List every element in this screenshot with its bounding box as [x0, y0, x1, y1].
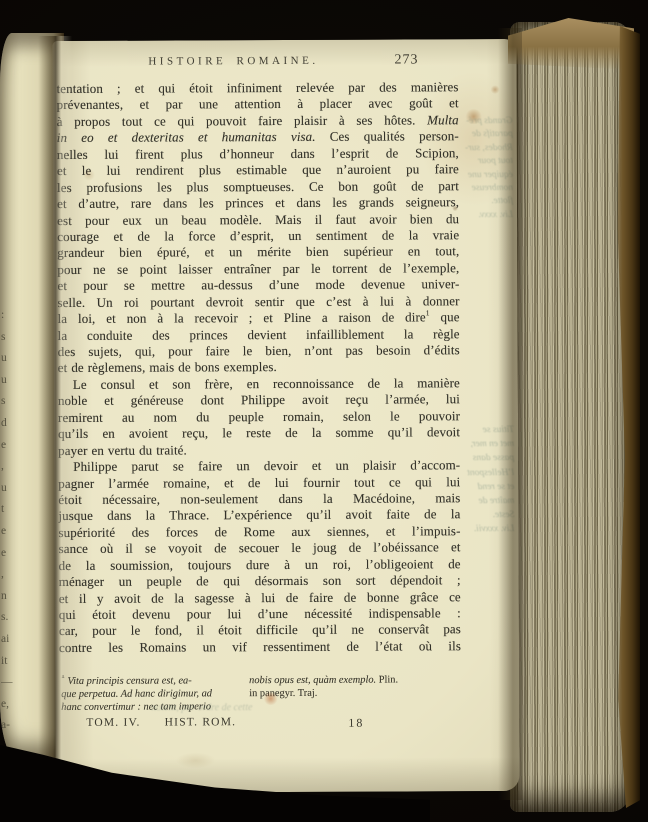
body-line: Le consul et son frère, en reconnoissanc…	[58, 375, 460, 393]
paragraph: Le consul et son frère, en reconnoissanc…	[58, 375, 460, 459]
body-line: qu’ils en avoient reçu, le reste de la s…	[58, 424, 460, 442]
body-line: est pour eux un beau modèle. Mais il fau…	[57, 211, 459, 229]
body-line: des sujets, qui, pour faire le bien, n’o…	[58, 342, 460, 360]
body-line: grandeur bien épuré, et un mérite bien s…	[57, 244, 459, 262]
text-line: hanc convertimur : nec tam imperio	[61, 701, 245, 715]
text-line: nobis opus est, quàm exemplo. Plin.	[249, 673, 449, 687]
page-number: 273	[394, 52, 438, 68]
text-line: a-	[1, 715, 15, 737]
text-line: 1 Vita principis censura est, ea-	[61, 674, 245, 688]
footnote-column-1: 1 Vita principis censura est, ea-que per…	[61, 674, 245, 714]
body-line: sance où il se voyoit de secouer le joug…	[59, 539, 461, 557]
body-line: la conduite des princes devient infailli…	[58, 326, 460, 344]
body-line: remirent au nom du peuple romain, selon …	[58, 408, 460, 426]
text-line: s	[1, 391, 15, 413]
body-line: noble et généreuse dont Philippe avoit r…	[58, 392, 460, 410]
body-line: étoit nécessaire, non-seulement dans la …	[58, 490, 460, 508]
text-line: :	[1, 305, 15, 327]
body-line: et pour se mettre au-dessus d’une mode d…	[57, 276, 459, 294]
text-line: n	[1, 586, 15, 608]
body-line: tentation ; et qui étoit infiniment rele…	[57, 79, 459, 97]
text-line: e,	[1, 694, 15, 716]
text-line: —	[1, 672, 15, 694]
text-line: ai	[1, 629, 15, 651]
body-text: tentation ; et qui étoit infiniment rele…	[57, 79, 462, 656]
scan-background: { "photo": { "background_color": "#09060…	[0, 0, 648, 822]
body-line: les profusions les plus somptueuses. Ce …	[57, 178, 459, 196]
foxing-spot	[465, 109, 483, 124]
text-line: u	[1, 348, 15, 370]
text-line: s.	[1, 607, 15, 629]
body-line: car, pour le fond, il étoit difficile qu…	[59, 622, 461, 640]
foxing-spot	[175, 752, 215, 768]
body-line: courage et de la force d’esprit, un sent…	[57, 227, 459, 245]
body-line: jusque dans la Thrace. L’expérience qu’i…	[58, 507, 460, 525]
text-line: e	[1, 435, 15, 457]
paragraph: tentation ; et qui étoit infiniment rele…	[57, 79, 460, 377]
fore-edge-page-stack	[510, 22, 630, 812]
signature-mark: 18	[348, 716, 364, 731]
body-line: prévenantes, et par une attention à plac…	[57, 96, 459, 114]
facing-page-text-fragments: :suusde,utee,ns.aiit—e,a-	[1, 305, 15, 737]
body-line: nelles lui firent plus d’honneur dans l’…	[57, 145, 459, 163]
text-line: d	[1, 413, 15, 435]
text-line: ,	[1, 456, 15, 478]
series-label: HIST. ROM.	[165, 716, 237, 728]
text-line: u	[1, 370, 15, 392]
body-line: à propos tout ce qui pouvoit faire plais…	[57, 112, 459, 130]
text-line: e	[1, 521, 15, 543]
body-line: ménager un peuple de qui désormais son s…	[59, 572, 461, 590]
body-line: in eo et dexteritas et humanitas visa. C…	[57, 129, 459, 147]
body-line: pour ne se point laisser entraîner par l…	[57, 260, 459, 278]
footnote-column-2: nobis opus est, quàm exemplo. Plin.in pa…	[249, 673, 449, 700]
text-line: in panegyr. Traj.	[249, 686, 449, 700]
body-line: pagner l’armée romaine, et de lui fourni…	[58, 474, 460, 492]
text-line: it	[1, 651, 15, 673]
body-line: la loi, et non à la recevoir ; et Pline …	[58, 309, 460, 327]
paragraph: Philippe parut se faire un devoir et un …	[58, 457, 461, 656]
body-line: contre les Romains un vif ressentiment d…	[59, 638, 461, 656]
body-line: supériorité des forces de Rome aux sienn…	[58, 523, 460, 541]
body-line: et le lui rendirent plus estimable que n…	[57, 161, 459, 179]
body-line: qui étoit devenu pour lui d’une nécessit…	[59, 605, 461, 623]
volume-label: TOM. IV.	[86, 717, 140, 729]
book-page: HISTOIRE ROMAINE. 273 tentation ; et qui…	[52, 39, 519, 793]
text-line: u	[1, 478, 15, 500]
body-line: Philippe parut se faire un devoir et un …	[58, 457, 460, 475]
text-line: s	[1, 327, 15, 349]
page-footer: TOM. IV. HIST. ROM. 18	[86, 715, 466, 729]
text-line: e	[1, 543, 15, 565]
body-line: et de règlemens, mais de bons exemples.	[58, 359, 460, 377]
body-line: et d’autre, rare dans les princes et dan…	[57, 194, 459, 212]
body-line: selle. Un roi pourtant devroit sentir qu…	[57, 293, 459, 311]
body-line: payer en vertu du traité.	[58, 441, 460, 459]
page-stack-seam	[498, 28, 522, 800]
body-line: et il y avoit de la sagesse à lui de fai…	[59, 589, 461, 607]
text-line: t	[1, 499, 15, 521]
running-header: HISTOIRE ROMAINE.	[52, 54, 414, 68]
body-line: de la soumission, toujours dure à un roi…	[59, 556, 461, 574]
text-line: que perpetua. Ad hanc dirigimur, ad	[61, 687, 245, 701]
text-line: ,	[1, 564, 15, 586]
